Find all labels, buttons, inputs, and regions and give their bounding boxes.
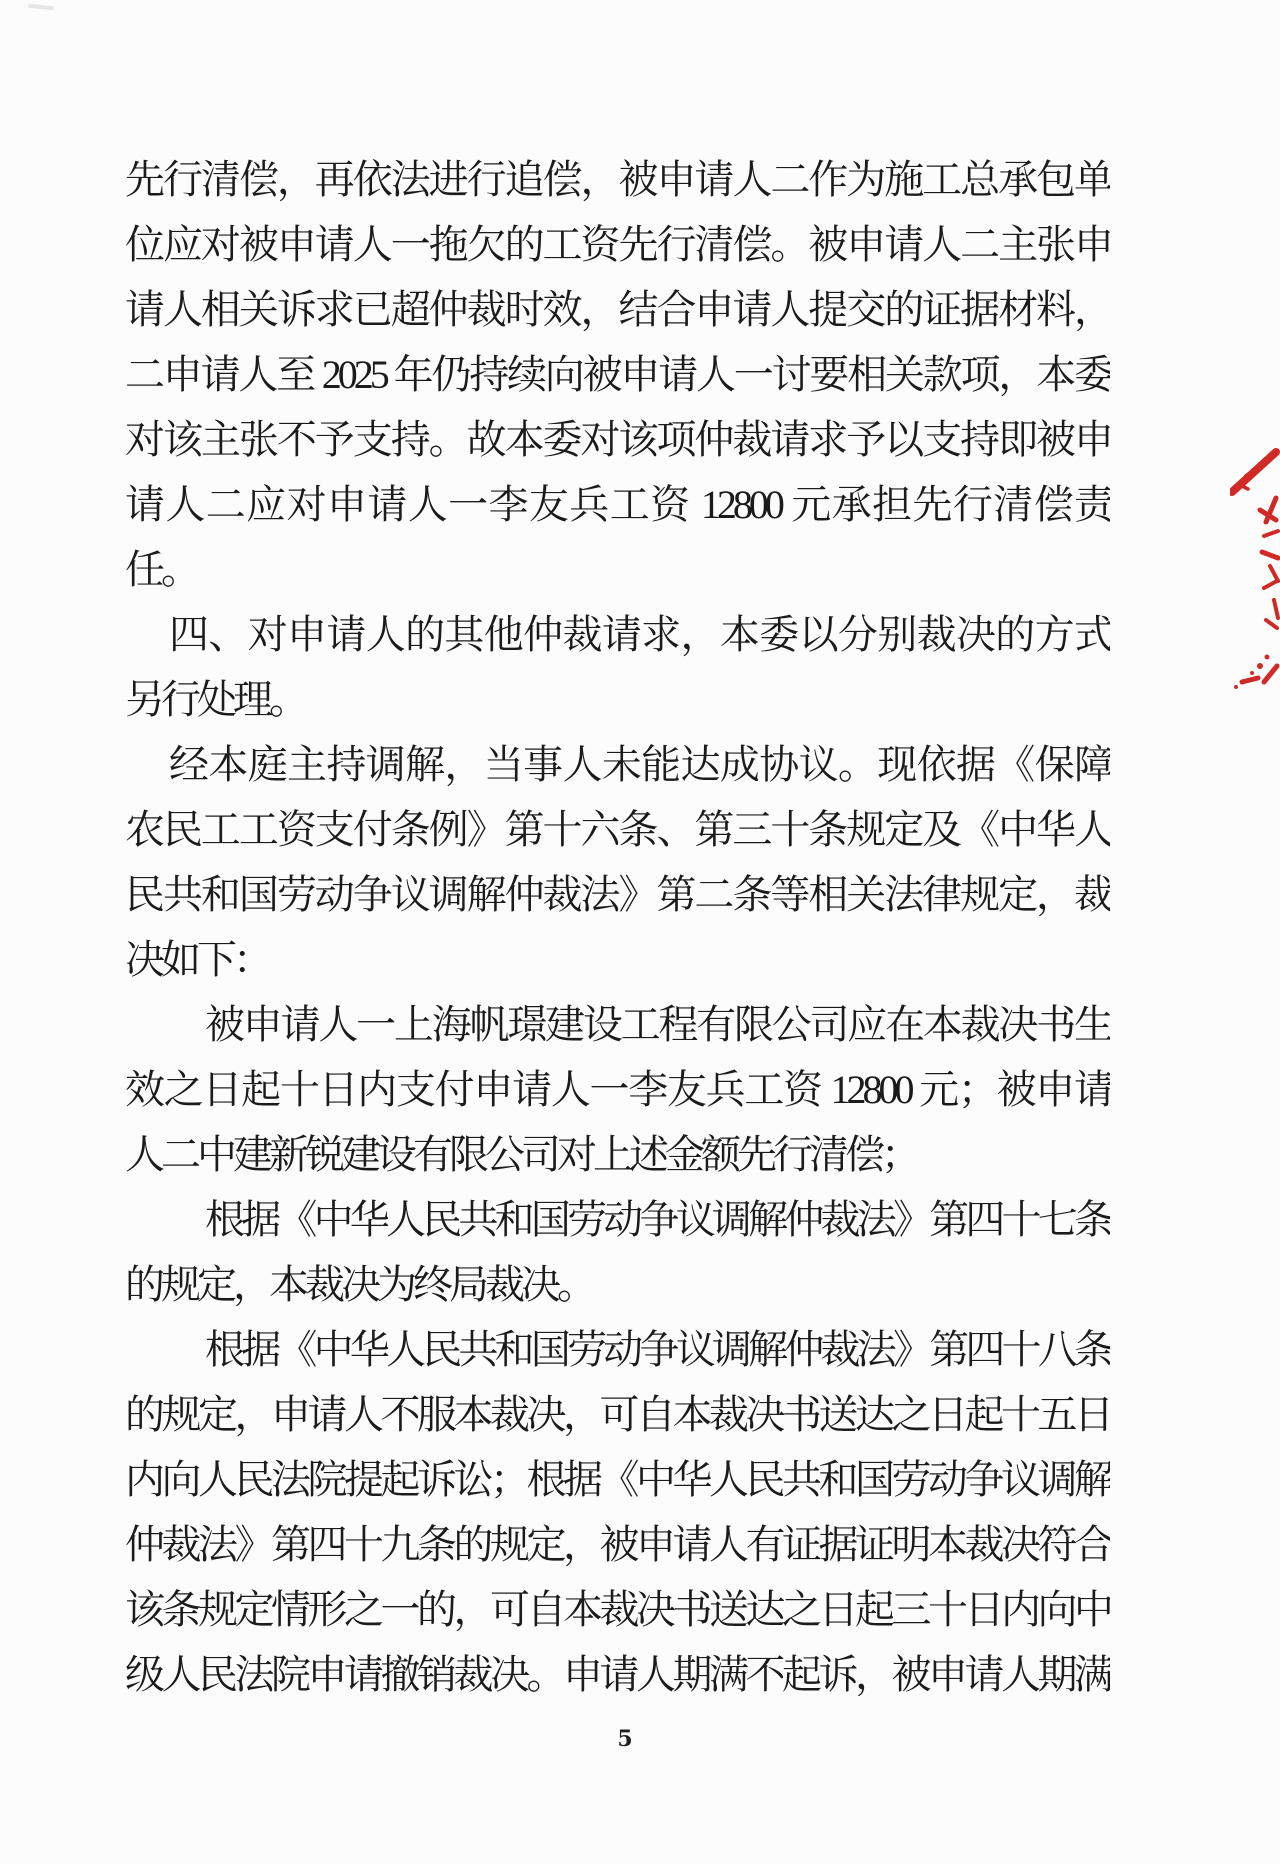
text-line: 内向人民法院提起诉讼；根据《中华人民共和国劳动争议调解 xyxy=(125,1447,1110,1512)
document-lines: 先行清偿，再依法进行追偿，被申请人二作为施工总承包单位应对被申请人一拖欠的工资先… xyxy=(125,147,1110,1707)
text-line: 效之日起十日内支付申请人一李友兵工资 12800 元；被申请 xyxy=(125,1057,1110,1122)
red-seal-stamp xyxy=(1230,440,1280,695)
text-line: 决如下： xyxy=(125,927,1110,992)
text-line: 根据《中华人民共和国劳动争议调解仲裁法》第四十八条 xyxy=(125,1317,1110,1382)
text-line: 人二中建新锐建设有限公司对上述金额先行清偿； xyxy=(125,1122,1110,1187)
text-line: 另行处理。 xyxy=(125,667,1110,732)
text-line: 被申请人一上海帆璟建设工程有限公司应在本裁决书生 xyxy=(125,992,1110,1057)
text-line: 仲裁法》第四十九条的规定，被申请人有证据证明本裁决符合 xyxy=(125,1512,1110,1577)
text-line: 经本庭主持调解，当事人未能达成协议。现依据《保障 xyxy=(125,732,1110,797)
text-line: 民共和国劳动争议调解仲裁法》第二条等相关法律规定，裁 xyxy=(125,862,1110,927)
text-line: 的规定，申请人不服本裁决，可自本裁决书送达之日起十五日 xyxy=(125,1382,1110,1447)
page-number: 5 xyxy=(500,1726,750,1752)
red-seal-stamp-graphic xyxy=(1230,440,1280,695)
text-line: 级人民法院申请撤销裁决。申请人期满不起诉，被申请人期满 xyxy=(125,1642,1110,1707)
text-line: 的规定，本裁决为终局裁决。 xyxy=(125,1252,1110,1317)
text-line: 请人二应对申请人一李友兵工资 12800 元承担先行清偿责 xyxy=(125,472,1110,537)
scanned-document-page: 先行清偿，再依法进行追偿，被申请人二作为施工总承包单位应对被申请人一拖欠的工资先… xyxy=(0,0,1280,1864)
scan-artifact xyxy=(28,4,54,11)
text-line: 四、对申请人的其他仲裁请求，本委以分别裁决的方式 xyxy=(125,602,1110,667)
text-line: 根据《中华人民共和国劳动争议调解仲裁法》第四十七条 xyxy=(125,1187,1110,1252)
text-line: 先行清偿，再依法进行追偿，被申请人二作为施工总承包单 xyxy=(125,147,1110,212)
text-line: 任。 xyxy=(125,537,1110,602)
text-line: 位应对被申请人一拖欠的工资先行清偿。被申请人二主张申 xyxy=(125,212,1110,277)
text-line: 农民工工资支付条例》第十六条、第三十条规定及《中华人 xyxy=(125,797,1110,862)
text-line: 二申请人至 2025 年仍持续向被申请人一讨要相关款项，本委 xyxy=(125,342,1110,407)
text-line: 请人相关诉求已超仲裁时效，结合申请人提交的证据材料， xyxy=(125,277,1110,342)
text-line: 对该主张不予支持。故本委对该项仲裁请求予以支持即被申 xyxy=(125,407,1110,472)
text-line: 该条规定情形之一的，可自本裁决书送达之日起三十日内向中 xyxy=(125,1577,1110,1642)
